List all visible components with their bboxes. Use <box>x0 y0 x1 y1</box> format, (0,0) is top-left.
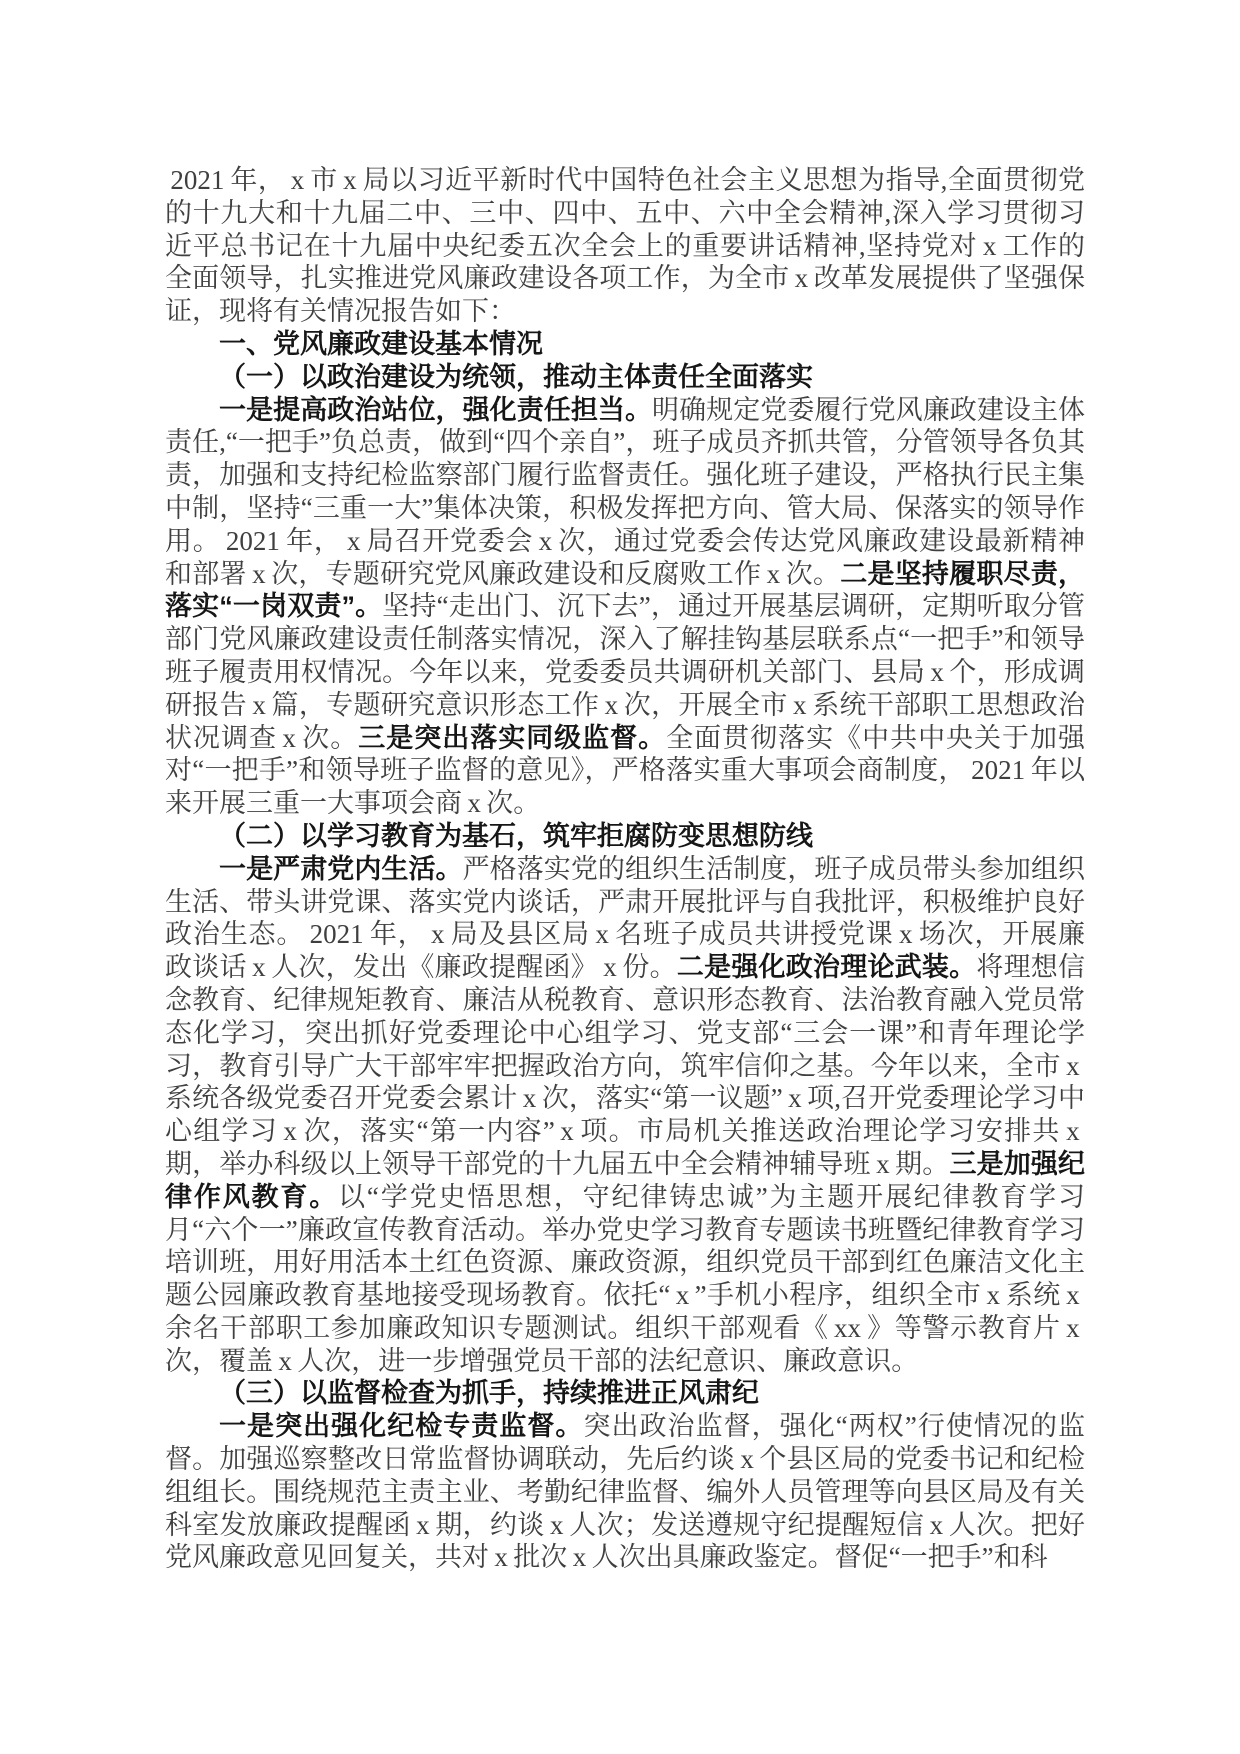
doc-paragraph: 一是提高政治站位，强化责任担当。明确规定党委履行党风廉政建设主体责任,“一把手”… <box>165 394 1085 820</box>
bold-run-heading: 一、党风廉政建设基本情况 <box>219 329 543 359</box>
bold-run-heading: 三是突出落实同级监督。 <box>358 723 666 753</box>
doc-paragraph: 一是突出强化纪检专责监督。突出政治监督，强化“两权”行使情况的监督。加强巡察整改… <box>165 1410 1085 1574</box>
text-run: 2021 年， x 市 x 局以习近平新时代中国特色社会主义思想为指导,全面贯彻… <box>165 165 1085 326</box>
doc-heading-2: （一）以政治建设为统领，推动主体责任全面落实 <box>165 361 1085 394</box>
doc-heading-2: （二）以学习教育为基石，筑牢拒腐防变思想防线 <box>165 820 1085 853</box>
doc-paragraph: 一是严肃党内生活。严格落实党的组织生活制度，班子成员带头参加组织生活、带头讲党课… <box>165 853 1085 1378</box>
document-body: 2021 年， x 市 x 局以习近平新时代中国特色社会主义思想为指导,全面贯彻… <box>165 164 1085 1574</box>
bold-run-heading: （三）以监督检查为抓手，持续推进正风肃纪 <box>219 1378 759 1408</box>
bold-run-heading: 二是强化政治理论武装。 <box>677 952 976 982</box>
bold-run-heading: （二）以学习教育为基石，筑牢拒腐防变思想防线 <box>219 821 813 851</box>
bold-run-heading: 一是提高政治站位，强化责任担当。 <box>219 395 652 425</box>
document-page: 2021 年， x 市 x 局以习近平新时代中国特色社会主义思想为指导,全面贯彻… <box>0 0 1240 1754</box>
bold-run-heading: （一）以政治建设为统领，推动主体责任全面落实 <box>219 362 813 392</box>
bold-run-heading: 一是突出强化纪检专责监督。 <box>219 1411 583 1441</box>
doc-heading-2: （三）以监督检查为抓手，持续推进正风肃纪 <box>165 1377 1085 1410</box>
doc-heading-1: 一、党风廉政建设基本情况 <box>165 328 1085 361</box>
bold-run-heading: 一是严肃党内生活。 <box>219 854 463 884</box>
doc-paragraph: 2021 年， x 市 x 局以习近平新时代中国特色社会主义思想为指导,全面贯彻… <box>165 164 1085 328</box>
text-run: 将理想信念教育、纪律规矩教育、廉洁从税教育、意识形态教育、法治教育融入党员常态化… <box>165 952 1085 1179</box>
